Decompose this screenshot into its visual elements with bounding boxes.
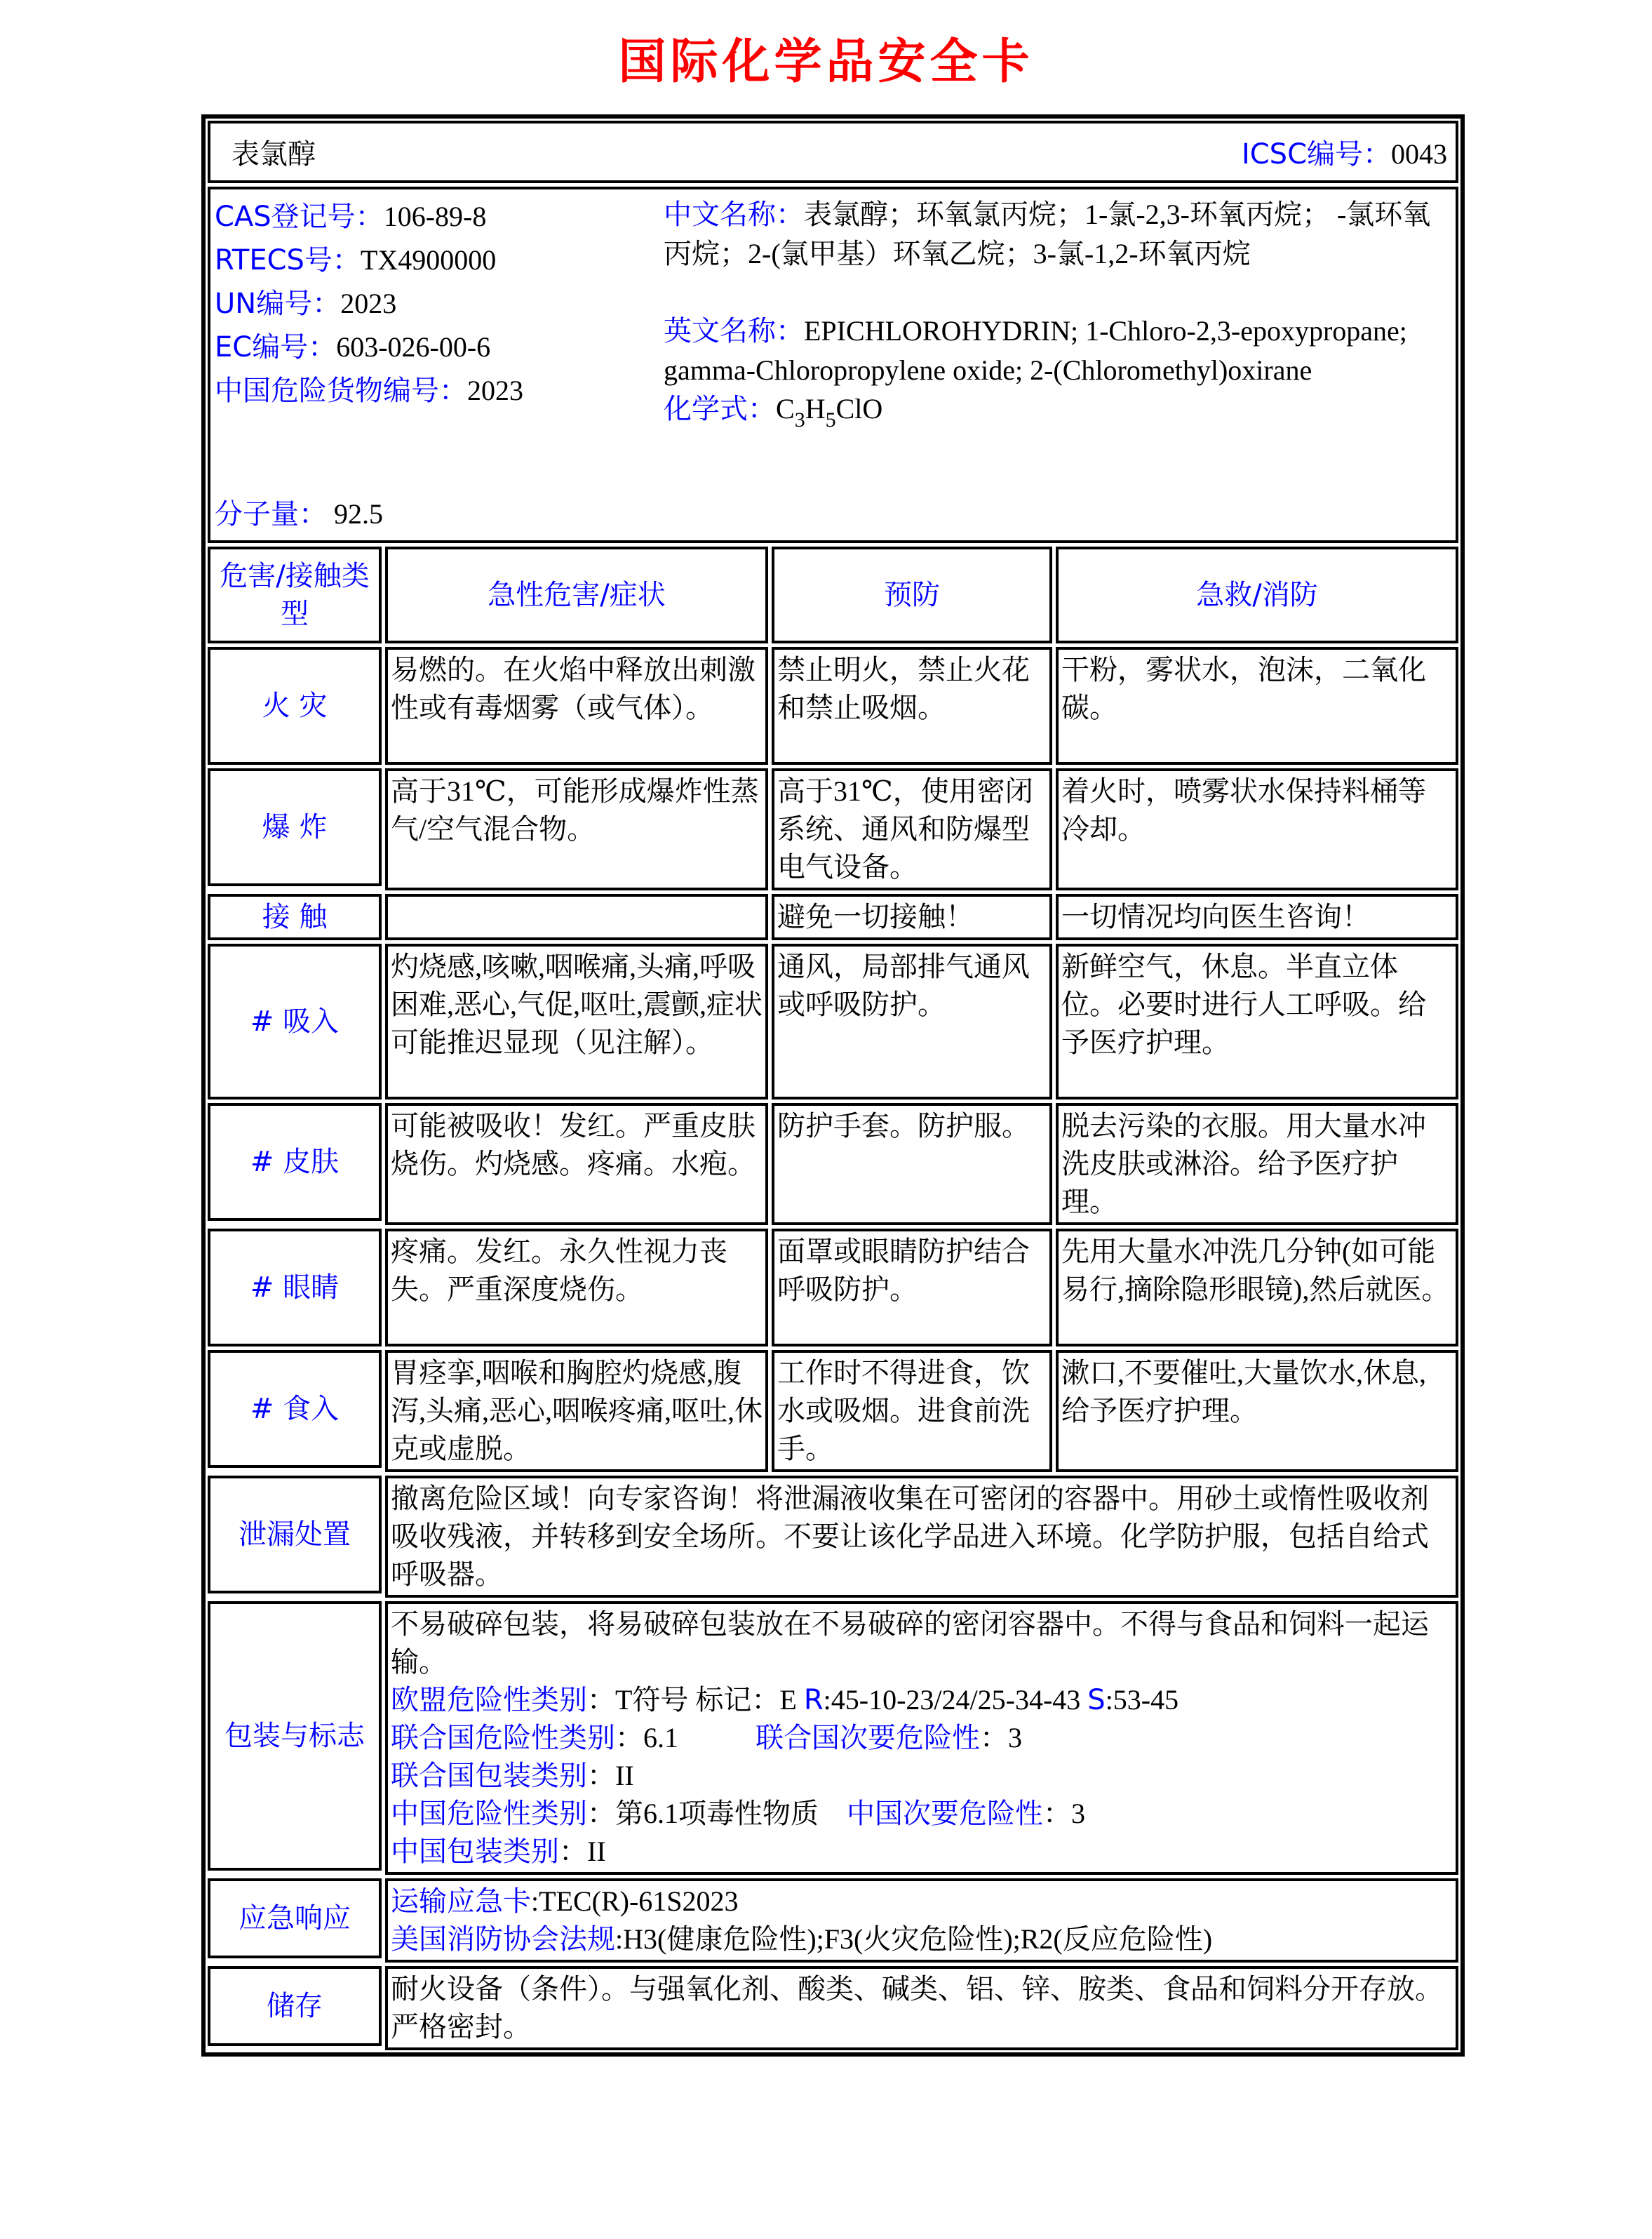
row-type-inhalation: # 吸入: [208, 944, 382, 1100]
formula-label: 化学式：: [664, 393, 776, 425]
packaging-text: 不易破碎包装，将易破碎包装放在不易破碎的密闭容器中。不得与食品和饲料一起运输。: [391, 1605, 1453, 1681]
eu-class-row: 欧盟危险性类别：T符号 标记：E R:45-10-23/24/25-34-43 …: [391, 1681, 1453, 1719]
ingestion-prevention: 工作时不得进食，饮水或吸烟。进食前洗手。: [772, 1350, 1052, 1472]
row-type-eyes: # 眼睛: [208, 1229, 382, 1346]
en-name-label: 英文名称：: [664, 315, 804, 347]
un-sub-label: 联合国次要危险性: [756, 1722, 980, 1754]
formula-value: C3H5ClO: [776, 393, 882, 425]
row-type-contact: 接 触: [208, 894, 382, 940]
fire-prevention: 禁止明火，禁止火花和禁止吸烟。: [772, 647, 1052, 765]
row-type-skin: # 皮肤: [208, 1103, 382, 1221]
cas-value: 106-89-8: [384, 201, 487, 232]
ingestion-first-aid: 漱口,不要催吐,大量饮水,休息,给予医疗护理。: [1056, 1350, 1458, 1472]
eyes-first-aid: 先用大量水冲洗几分钟(如可能易行,摘除隐形眼镜),然后就医。: [1056, 1229, 1458, 1346]
contact-first-aid: 一切情况均向医生咨询！: [1056, 894, 1458, 940]
mw-value: 92.5: [334, 498, 383, 530]
column-header-first-aid: 急救/消防: [1056, 547, 1458, 643]
explosion-first-aid: 着火时，喷雾状水保持料桶等冷却。: [1056, 768, 1458, 890]
cn-dg-label: 中国危险货物编号：: [215, 375, 467, 407]
identifiers-left: CAS登记号：106-89-8 RTECS号：TX4900000 UN编号：20…: [215, 195, 664, 535]
transport-card-value: :TEC(R)-61S2023: [531, 1885, 739, 1917]
rtecs-row: RTECS号：TX4900000: [215, 239, 664, 282]
r-phrase-label: R: [804, 1684, 824, 1716]
hazard-table: 危害/接触类型 急性危害/症状 预防 急救/消防 火 灾 易燃的。在火焰中释放出…: [208, 547, 1458, 2050]
en-name-row: 英文名称：EPICHLOROHYDRIN; 1-Chloro-2,3-epoxy…: [664, 312, 1451, 389]
icsc-value: 0043: [1391, 138, 1447, 170]
contact-prevention: 避免一切接触！: [772, 894, 1052, 940]
un-class-row: 联合国危险性类别：6.1联合国次要危险性：3: [391, 1719, 1453, 1757]
fire-symptoms: 易燃的。在火焰中释放出刺激性或有毒烟雾（或气体）。: [385, 647, 768, 765]
s-phrase-value: :53-45: [1106, 1684, 1178, 1716]
page-title: 国际化学品安全卡: [0, 31, 1652, 94]
spill-text: 撤离危险区域！向专家咨询！将泄漏液收集在可密闭的容器中。用砂土或惰性吸收剂吸收残…: [385, 1476, 1458, 1598]
cn-pack-value: ：II: [559, 1836, 606, 1867]
cn-sub-label: 中国次要危险性: [847, 1798, 1043, 1830]
cn-class-value: ：第6.1项毒性物质: [587, 1798, 819, 1829]
inhalation-first-aid: 新鲜空气，休息。半直立体位。必要时进行人工呼吸。给予医疗护理。: [1056, 944, 1458, 1100]
ec-label: EC编号：: [215, 331, 336, 363]
cn-name-row: 中文名称：表氯醇；环氧氯丙烷；1-氯-2,3-环氧丙烷； -氯环氧丙烷；2-(氯…: [664, 195, 1451, 273]
un-label: UN编号：: [215, 288, 340, 320]
eu-class-value: ：T符号 标记：E: [587, 1684, 804, 1716]
contact-symptoms: [385, 894, 768, 940]
transport-card-label: 运输应急卡: [391, 1885, 531, 1918]
nfpa-row: 美国消防协会法规:H3(健康危险性);F3(火灾危险性);R2(反应危险性): [391, 1920, 1453, 1958]
ec-row: EC编号：603-026-00-6: [215, 326, 664, 369]
r-phrase-value: :45-10-23/24/25-34-43: [824, 1684, 1088, 1716]
chemical-name: 表氯醇: [231, 132, 316, 172]
nfpa-value: :H3(健康危险性);F3(火灾危险性);R2(反应危险性): [615, 1923, 1212, 1955]
row-type-explosion: 爆 炸: [208, 768, 382, 886]
icsc-label: ICSC编号：: [1242, 138, 1391, 171]
row-type-fire: 火 灾: [208, 647, 382, 765]
column-header-prevention: 预防: [772, 547, 1052, 643]
identifiers-right: 中文名称：表氯醇；环氧氯丙烷；1-氯-2,3-环氧丙烷； -氯环氧丙烷；2-(氯…: [664, 195, 1451, 535]
cas-row: CAS登记号：106-89-8: [215, 195, 664, 239]
formula-row: 化学式：C3H5ClO: [664, 389, 1451, 429]
cn-class-label: 中国危险性类别: [391, 1798, 587, 1830]
skin-symptoms: 可能被吸收！发红。严重皮肤烧伤。灼烧感。疼痛。水疱。: [385, 1103, 768, 1225]
cas-label: CAS登记号：: [215, 201, 384, 233]
explosion-prevention: 高于31℃，使用密闭系统、通风和防爆型电气设备。: [772, 768, 1052, 890]
un-value: 2023: [340, 288, 396, 319]
rtecs-value: TX4900000: [361, 244, 496, 276]
cn-dg-row: 中国危险货物编号：2023: [215, 369, 664, 413]
cn-pack-label: 中国包装类别: [391, 1836, 559, 1868]
mw-label: 分子量：: [215, 498, 327, 530]
storage-label: 储存: [208, 1966, 382, 2046]
eyes-symptoms: 疼痛。发红。永久性视力丧失。严重深度烧伤。: [385, 1229, 768, 1346]
mw-row: 分子量： 92.5: [215, 493, 383, 536]
safety-card: 表氯醇 ICSC编号：0043 CAS登记号：106-89-8 RTECS号：T…: [201, 114, 1465, 2057]
card-header: 表氯醇 ICSC编号：0043: [208, 121, 1458, 183]
inhalation-prevention: 通风，局部排气通风或呼吸防护。: [772, 944, 1052, 1100]
packaging-label: 包装与标志: [208, 1601, 382, 1871]
un-class-label: 联合国危险性类别: [391, 1722, 615, 1754]
un-class-value: ：6.1: [615, 1722, 678, 1753]
un-pack-value: ：II: [587, 1760, 634, 1791]
cn-dg-value: 2023: [467, 375, 523, 406]
nfpa-label: 美国消防协会法规: [391, 1923, 615, 1956]
cn-class-row: 中国危险性类别：第6.1项毒性物质中国次要危险性：3: [391, 1795, 1453, 1833]
column-header-symptoms: 急性危害/症状: [385, 547, 768, 643]
cn-name-label: 中文名称：: [664, 199, 804, 231]
identifiers-block: CAS登记号：106-89-8 RTECS号：TX4900000 UN编号：20…: [208, 187, 1458, 543]
spill-label: 泄漏处置: [208, 1476, 382, 1593]
cn-pack-row: 中国包装类别：II: [391, 1833, 1453, 1871]
un-sub-value: ：3: [980, 1722, 1022, 1753]
inhalation-symptoms: 灼烧感,咳嗽,咽喉痛,头痛,呼吸困难,恶心,气促,呕吐,震颤,症状可能推迟显现（…: [385, 944, 768, 1100]
un-row: UN编号：2023: [215, 282, 664, 326]
ec-value: 603-026-00-6: [336, 331, 490, 363]
emergency-label: 应急响应: [208, 1878, 382, 1958]
cn-sub-value: ：3: [1043, 1798, 1085, 1829]
transport-card-row: 运输应急卡:TEC(R)-61S2023: [391, 1883, 1453, 1920]
un-pack-label: 联合国包装类别: [391, 1760, 587, 1792]
eyes-prevention: 面罩或眼睛防护结合呼吸防护。: [772, 1229, 1052, 1346]
skin-prevention: 防护手套。防护服。: [772, 1103, 1052, 1225]
icsc-number: ICSC编号：0043: [1242, 132, 1447, 172]
un-pack-row: 联合国包装类别：II: [391, 1757, 1453, 1795]
row-type-ingestion: # 食入: [208, 1350, 382, 1468]
emergency-content: 运输应急卡:TEC(R)-61S2023 美国消防协会法规:H3(健康危险性);…: [385, 1878, 1458, 1963]
explosion-symptoms: 高于31℃，可能形成爆炸性蒸气/空气混合物。: [385, 768, 768, 890]
skin-first-aid: 脱去污染的衣服。用大量水冲洗皮肤或淋浴。给予医疗护理。: [1056, 1103, 1458, 1225]
ingestion-symptoms: 胃痉挛,咽喉和胸腔灼烧感,腹泻,头痛,恶心,咽喉疼痛,呕吐,休克或虚脱。: [385, 1350, 768, 1472]
storage-text: 耐火设备（条件）。与强氧化剂、酸类、碱类、铝、锌、胺类、食品和饲料分开存放。严格…: [385, 1966, 1458, 2050]
column-header-type: 危害/接触类型: [208, 547, 382, 643]
s-phrase-label: S: [1087, 1684, 1105, 1716]
fire-first-aid: 干粉，雾状水，泡沫，二氧化碳。: [1056, 647, 1458, 765]
packaging-content: 不易破碎包装，将易破碎包装放在不易破碎的密闭容器中。不得与食品和饲料一起运输。 …: [385, 1601, 1458, 1875]
rtecs-label: RTECS号：: [215, 244, 361, 276]
eu-class-label: 欧盟危险性类别: [391, 1684, 587, 1716]
